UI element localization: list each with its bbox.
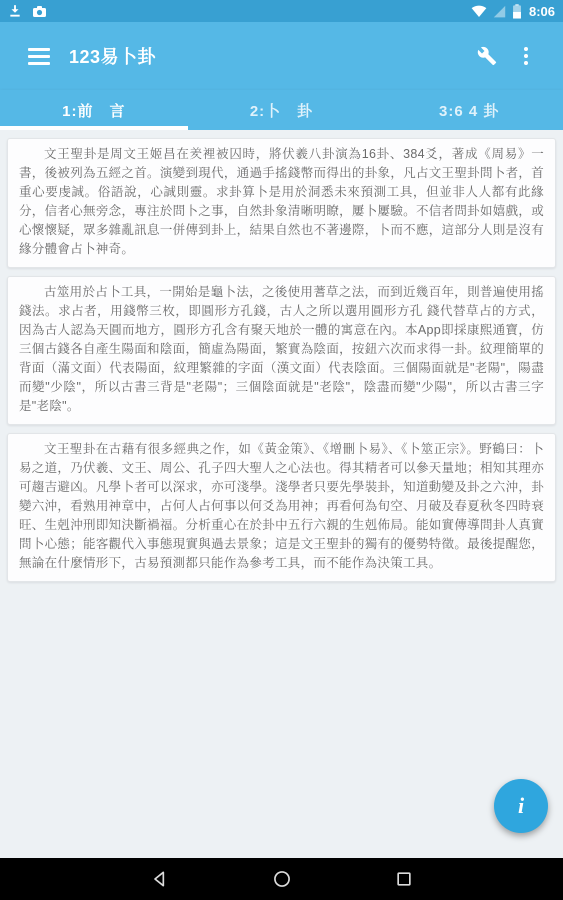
tab-divination[interactable]: 2:卜 卦 — [188, 90, 376, 130]
status-bar-right: 8:06 — [471, 4, 555, 19]
menu-icon[interactable] — [28, 48, 50, 65]
app-bar-actions — [477, 44, 531, 68]
paragraph-text: 文王聖卦在古藉有很多經典之作，如《黃金策》、《增刪卜易》、《卜筮正宗》。野鶴曰：… — [19, 440, 544, 573]
status-bar-left — [8, 4, 47, 18]
tab-bar: 1:前 言 2:卜 卦 3:6 4 卦 — [0, 90, 563, 130]
intro-card-1: 文王聖卦是周文王姬昌在羑裡被囚時，將伏羲八卦演為16卦、384爻，著成《周易》一… — [7, 138, 556, 268]
signal-icon — [492, 4, 507, 18]
home-icon[interactable] — [269, 866, 295, 892]
navigation-bar — [0, 858, 563, 900]
status-bar: 8:06 — [0, 0, 563, 22]
page-content[interactable]: 文王聖卦是周文王姬昌在羑裡被囚時，將伏羲八卦演為16卦、384爻，著成《周易》一… — [0, 130, 563, 858]
paragraph-text: 文王聖卦是周文王姬昌在羑裡被囚時，將伏羲八卦演為16卦、384爻，著成《周易》一… — [19, 145, 544, 259]
download-icon — [8, 4, 22, 18]
intro-card-2: 古筮用於占卜工具，一開始是龜卜法，之後使用蓍草之法，而到近幾百年，則普遍使用搖錢… — [7, 276, 556, 425]
app-bar: 123易卜卦 — [0, 22, 563, 90]
recents-icon[interactable] — [391, 866, 417, 892]
info-fab-button[interactable]: i — [494, 779, 548, 833]
app-title: 123易卜卦 — [69, 43, 156, 69]
back-icon[interactable] — [147, 866, 173, 892]
android-screen: 8:06 123易卜卦 1:前 言 2:卜 卦 3:6 4 卦 文王聖卦是周文王… — [0, 0, 563, 900]
tab-preface[interactable]: 1:前 言 — [0, 90, 188, 130]
overflow-menu-icon[interactable] — [521, 44, 531, 68]
wrench-icon[interactable] — [477, 46, 497, 66]
info-icon: i — [518, 793, 524, 819]
status-time: 8:06 — [529, 4, 555, 19]
tab-64-hexagrams[interactable]: 3:6 4 卦 — [375, 90, 563, 130]
intro-card-3: 文王聖卦在古藉有很多經典之作，如《黃金策》、《增刪卜易》、《卜筮正宗》。野鶴曰：… — [7, 433, 556, 582]
screenshot-icon — [32, 5, 47, 18]
paragraph-text: 古筮用於占卜工具，一開始是龜卜法，之後使用蓍草之法，而到近幾百年，則普遍使用搖錢… — [19, 283, 544, 416]
battery-icon — [512, 4, 522, 19]
wifi-icon — [471, 4, 487, 18]
